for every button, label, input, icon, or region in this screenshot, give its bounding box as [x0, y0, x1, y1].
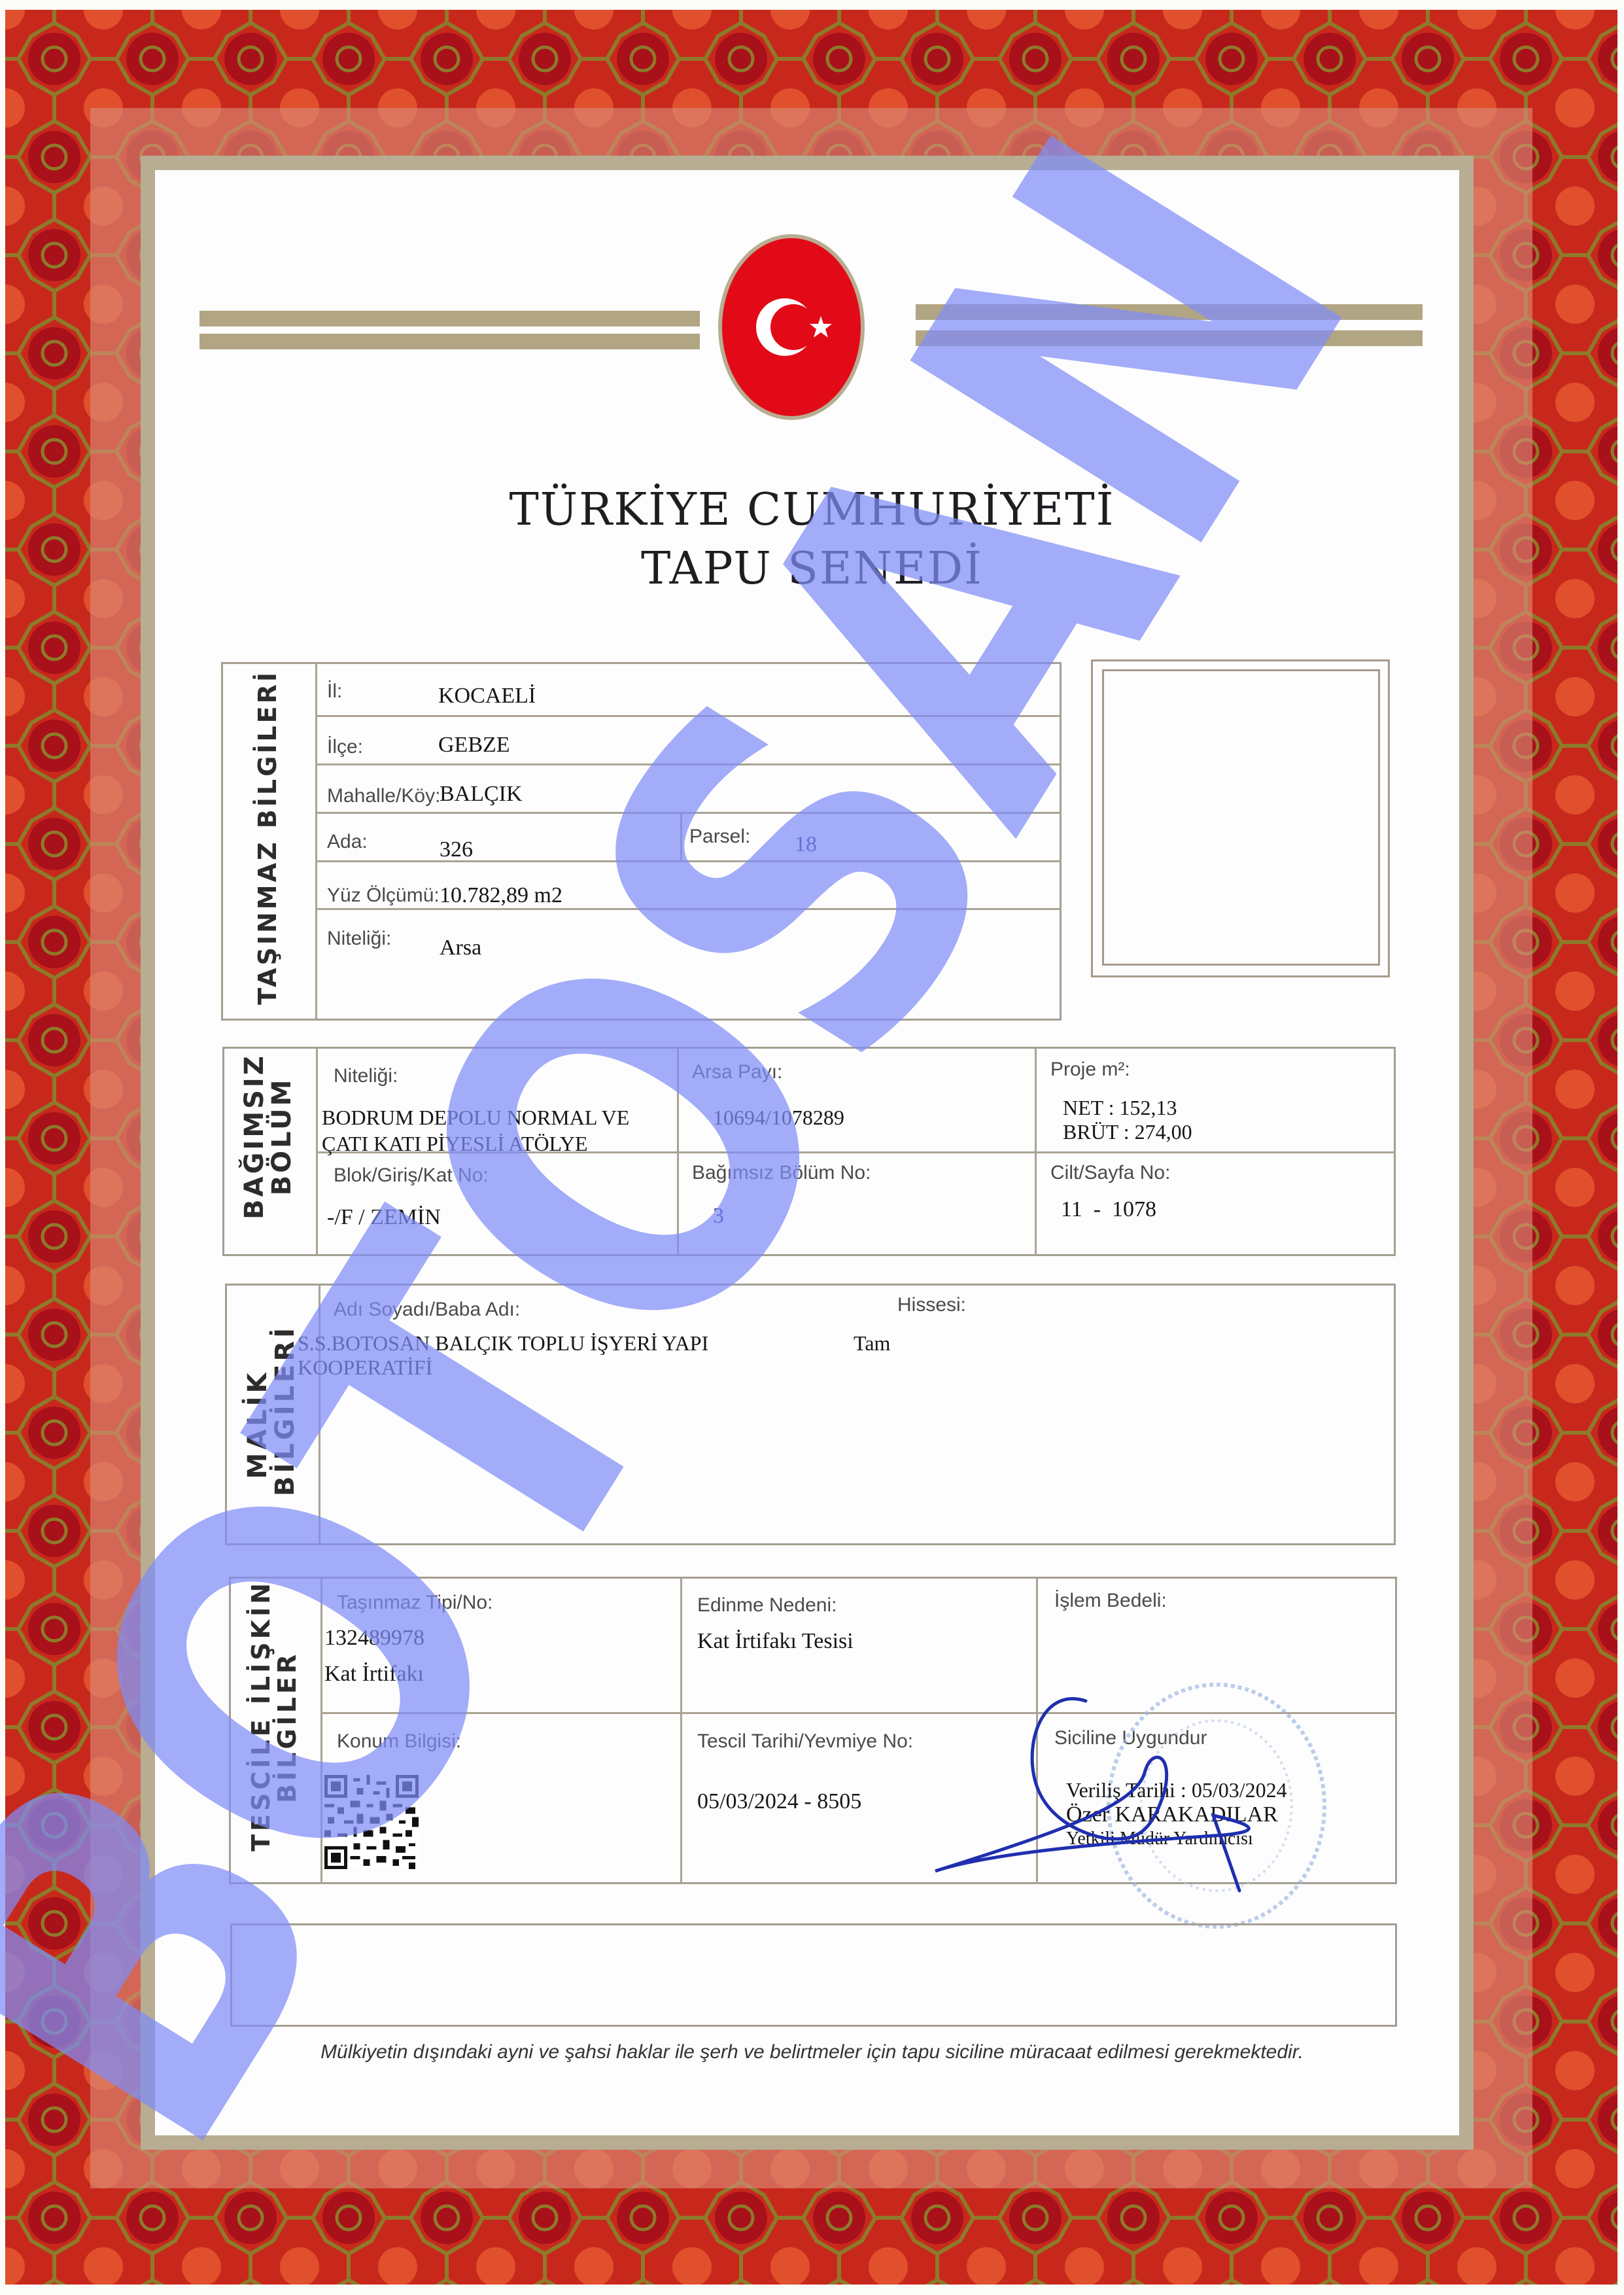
divider — [319, 1284, 320, 1545]
divider — [320, 1577, 322, 1884]
bolum-no-value: 3 — [713, 1204, 724, 1229]
konum-bilgisi-label: Konum Bilgisi: — [337, 1730, 461, 1753]
mahalle-label: Mahalle/Köy: — [327, 785, 440, 807]
photo-frame-inner — [1102, 669, 1380, 966]
malik-title-line1: MALİK — [244, 1352, 271, 1496]
signature — [916, 1675, 1373, 1897]
header-bar — [916, 304, 1423, 320]
cilt-label: Cilt/Sayfa No: — [1050, 1162, 1170, 1184]
proje-brut-value: BRÜT : 274,00 — [1063, 1120, 1192, 1144]
ada-label: Ada: — [327, 831, 368, 853]
edinme-nedeni-label: Edinme Nedeni: — [697, 1594, 837, 1617]
niteligi-value: Arsa — [440, 936, 481, 960]
malik-title-line2: BİLGİLERİ — [271, 1352, 299, 1496]
hissesi-label: Hissesi: — [897, 1294, 966, 1316]
divider — [680, 812, 682, 860]
niteligi-label: Niteliği: — [327, 928, 391, 950]
header-bar — [199, 311, 700, 326]
adi-soyadi-label: Adı Soyadı/Baba Adı: — [334, 1299, 520, 1321]
document-subtitle: TAPU SENEDİ — [0, 543, 1624, 595]
tescil-tarihi-label: Tescil Tarihi/Yevmiye No: — [697, 1730, 913, 1753]
tescil-section-title: TESCİLE İLİŞKİN BİLGİLER — [249, 1603, 301, 1851]
bagimsiz-title-line1: BAĞIMSIZ — [241, 1051, 268, 1221]
ilce-label: İlçe: — [327, 736, 363, 758]
bagimsiz-bolum-section-title: BAĞIMSIZ BÖLÜM — [241, 1051, 296, 1221]
arsa-payi-value: 10694/1078289 — [713, 1106, 844, 1130]
divider — [315, 763, 1062, 765]
malik-section-title: MALİK BİLGİLERİ — [244, 1352, 299, 1496]
bagimsiz-niteligi-label: Niteliği: — [334, 1065, 398, 1087]
divider — [315, 812, 1062, 814]
ada-value: 326 — [440, 837, 473, 862]
proje-net-value: NET : 152,13 — [1063, 1096, 1177, 1120]
edinme-nedeni-value: Kat İrtifakı Tesisi — [697, 1629, 854, 1654]
footer-note: Mülkiyetin dışındaki ayni ve şahsi hakla… — [0, 2041, 1624, 2063]
il-label: İl: — [327, 680, 342, 703]
blok-label: Blok/Giriş/Kat No: — [334, 1165, 489, 1187]
tescil-title-line2: BİLGİLER — [275, 1603, 301, 1851]
annotations-box — [230, 1923, 1397, 2027]
hisse-value: Tam — [854, 1331, 890, 1356]
tasinmaz-no-value: 132489978 — [324, 1626, 424, 1651]
blok-value: -/F / ZEMİN — [327, 1205, 441, 1230]
proje-label: Proje m²: — [1050, 1059, 1130, 1081]
bagimsiz-title-line2: BÖLÜM — [268, 1051, 296, 1221]
turkish-flag-crescent-star-icon — [716, 232, 867, 422]
tescil-title-line1: TESCİLE İLİŞKİN — [249, 1603, 275, 1851]
parsel-label: Parsel: — [689, 826, 750, 848]
bagimsiz-niteligi-value-1: BODRUM DEPOLU NORMAL VE — [322, 1106, 629, 1130]
owner-name-line2: KOOPERATİFİ — [298, 1356, 432, 1380]
divider — [315, 860, 1062, 862]
document-title: TÜRKİYE CUMHURİYETİ — [0, 484, 1624, 536]
yuz-olcumu-label: Yüz Ölçümü: — [327, 885, 440, 907]
header-bar — [199, 334, 700, 349]
parsel-value: 18 — [795, 832, 817, 857]
owner-name-line1: S.S.BOTOSAN BALÇIK TOPLU İŞYERİ YAPI — [298, 1331, 708, 1356]
islem-bedeli-label: İşlem Bedeli: — [1054, 1590, 1167, 1612]
location-qr-code[interactable] — [324, 1773, 419, 1871]
malik-section — [225, 1284, 1396, 1545]
divider — [315, 715, 1062, 717]
header-bar — [916, 330, 1423, 346]
mahalle-value: BALÇIK — [440, 782, 523, 807]
bagimsiz-niteligi-value-2: ÇATI KATI PİYESLİ ATÖLYE — [322, 1132, 588, 1156]
tescil-tarihi-value: 05/03/2024 - 8505 — [697, 1789, 861, 1814]
cilt-value: 11 - 1078 — [1061, 1197, 1156, 1222]
tasinmaz-tipi-label: Taşınmaz Tipi/No: — [337, 1592, 492, 1614]
divider — [680, 1577, 682, 1884]
ilce-value: GEBZE — [438, 733, 510, 758]
divider — [315, 908, 1062, 910]
bolum-no-label: Bağımsız Bölüm No: — [692, 1162, 871, 1184]
yuz-olcumu-value: 10.782,89 m2 — [440, 883, 562, 908]
arsa-payi-label: Arsa Payı: — [692, 1061, 782, 1083]
il-value: KOCAELİ — [438, 684, 536, 709]
tasinmaz-section-title: TAŞINMAZ BİLGİLERİ — [255, 654, 281, 1021]
tasinmaz-tipi-value: Kat İrtifakı — [324, 1662, 424, 1687]
